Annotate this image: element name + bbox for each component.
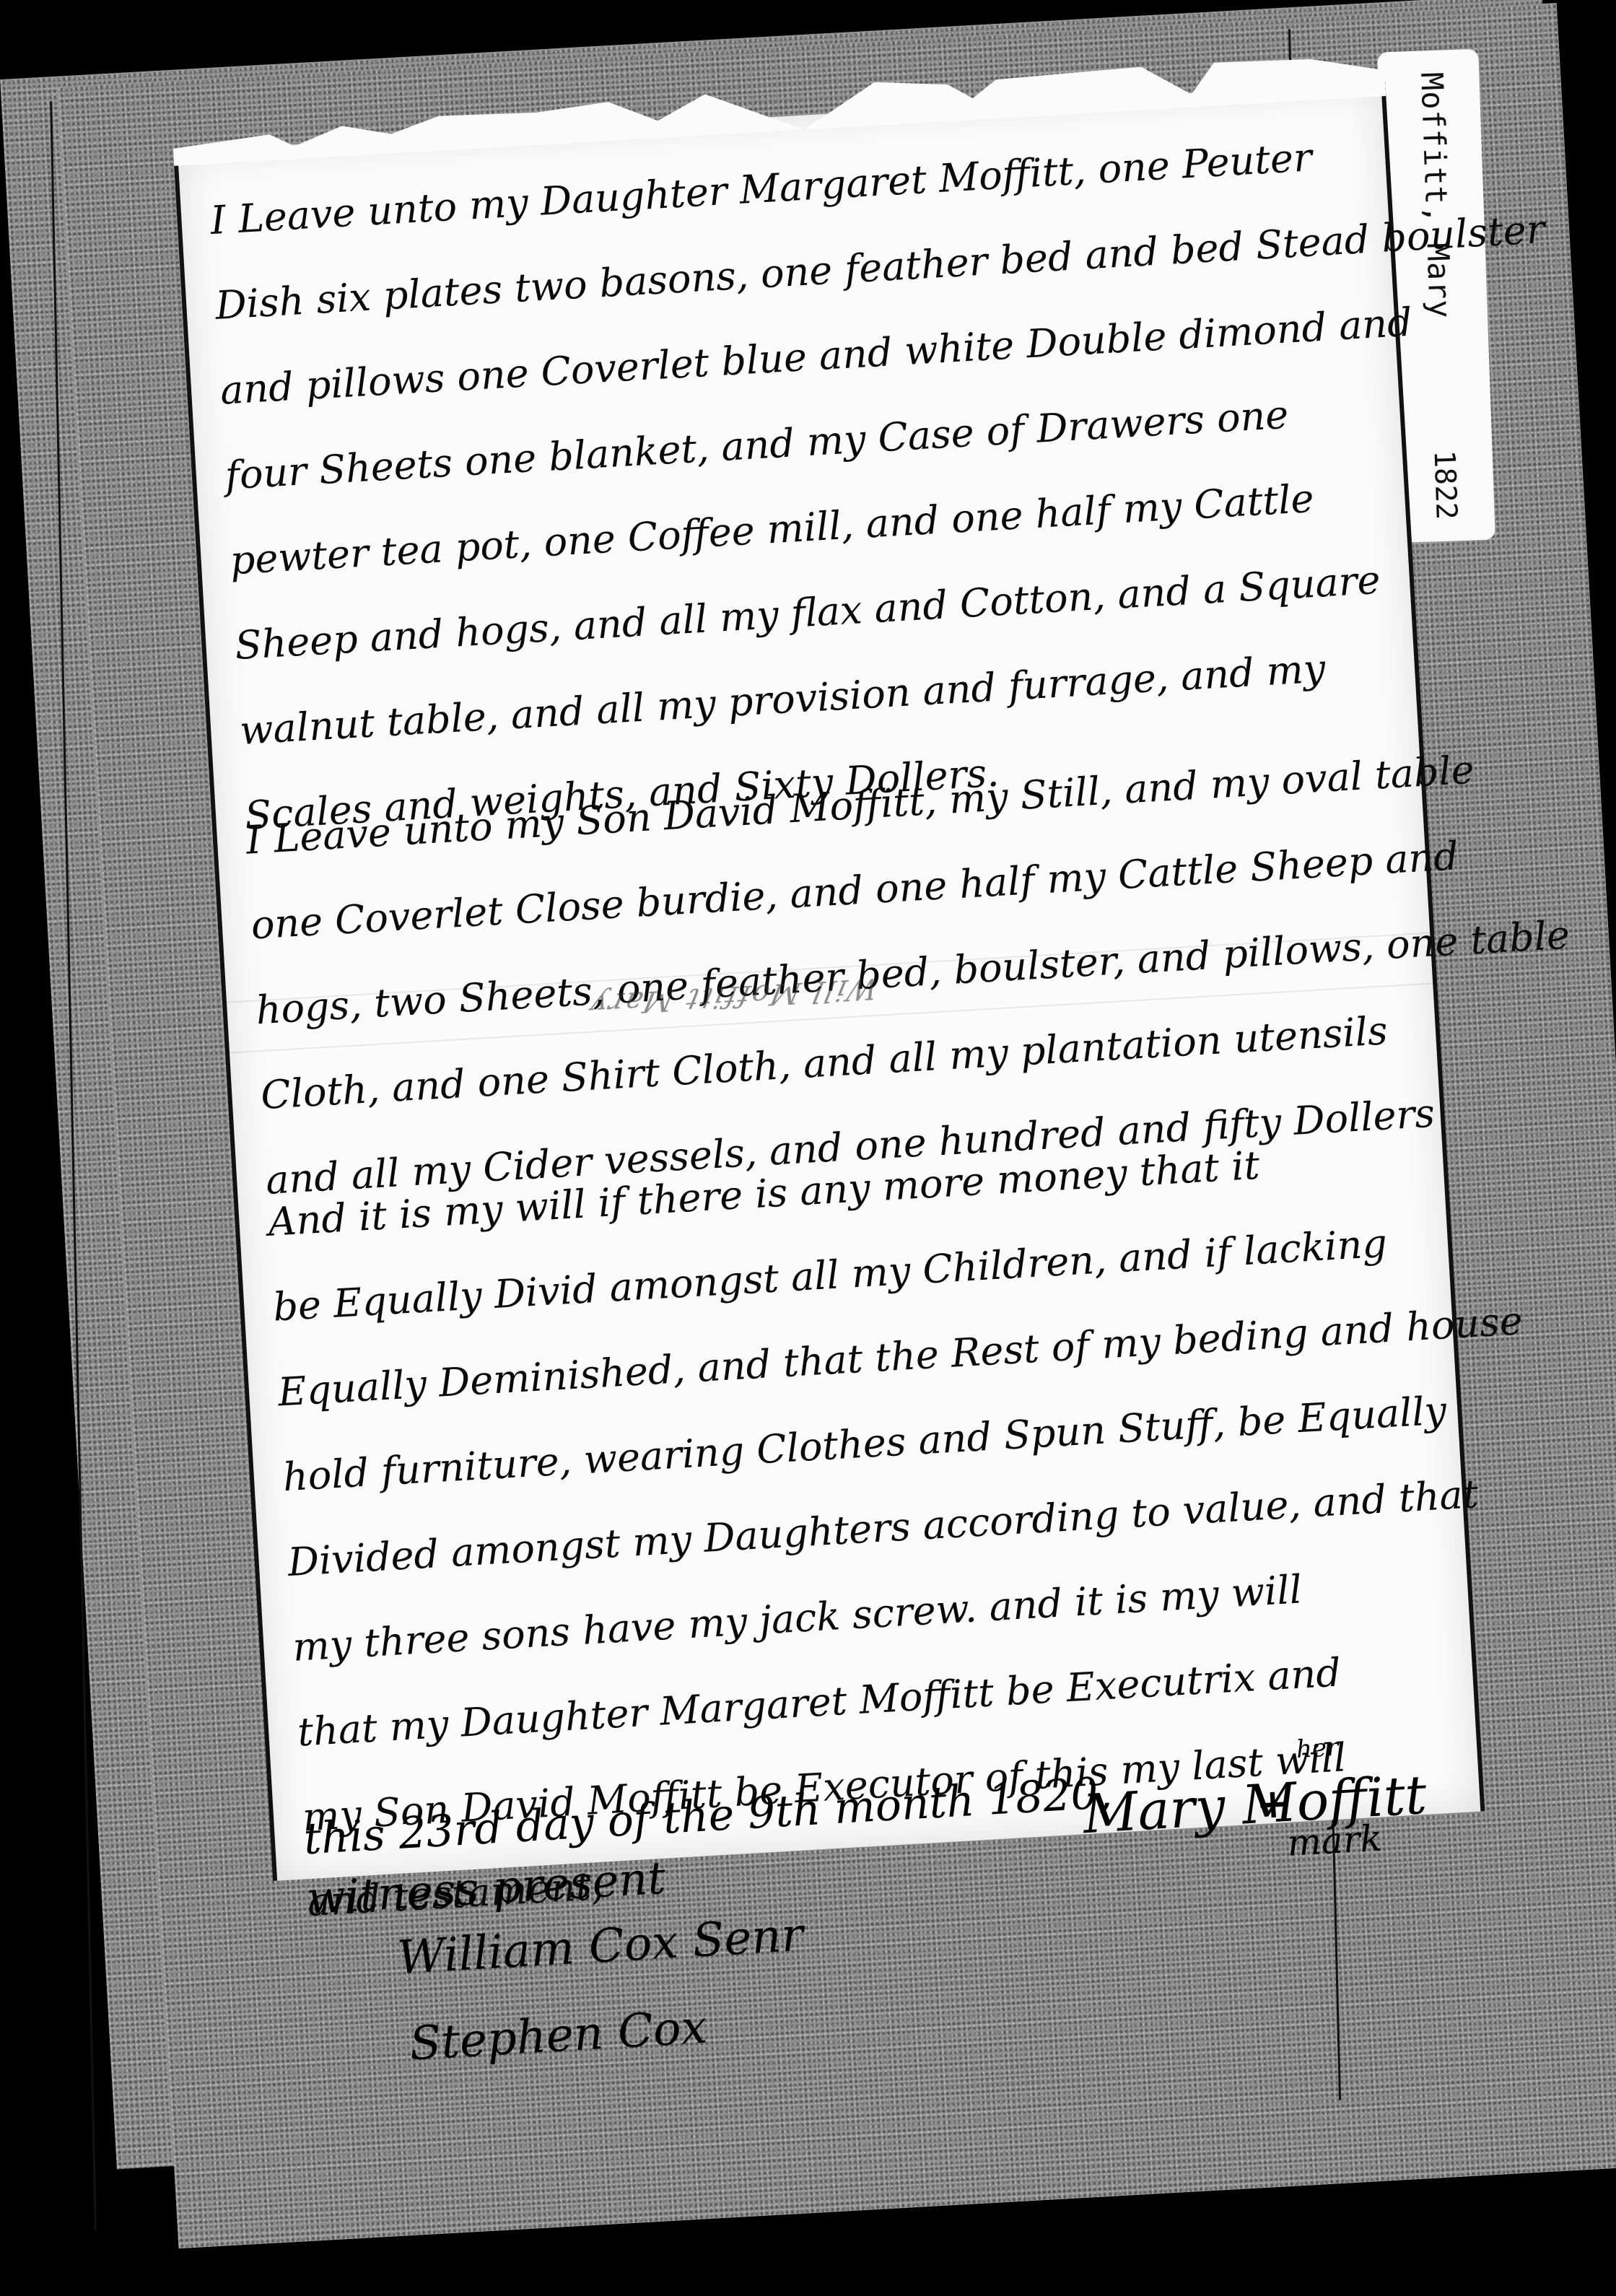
will-document: I Leave unto my Daughter Margaret Moffit…	[173, 82, 1485, 1881]
signature-area: this 23rd day of the 9th month 1820, her…	[178, 82, 1480, 1881]
folder-tab-year: 1822	[1427, 450, 1462, 520]
folder-tab-name: Moffitt, Mary	[1414, 71, 1458, 319]
testator-mark-label: mark	[1286, 1817, 1384, 1864]
testator-her-label: her	[1296, 1733, 1339, 1764]
testator-mark-symbol: +	[1254, 1779, 1291, 1829]
